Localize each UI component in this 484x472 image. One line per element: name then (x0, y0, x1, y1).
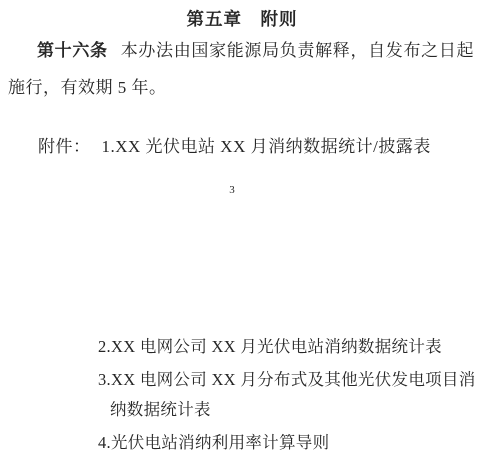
page-number: 3 (0, 183, 464, 197)
attachment-item-4: 4.光伏电站消纳利用率计算导则 (98, 428, 484, 458)
attachments-header-row: 附件：1.XX 光伏电站 XX 月消纳数据统计/披露表 (38, 135, 431, 159)
attachment-item-3: 3.XX 电网公司 XX 月分布式及其他光伏发电项目消纳数据统计表 (98, 365, 484, 425)
attachment-item-1: 1.XX 光伏电站 XX 月消纳数据统计/披露表 (102, 137, 431, 156)
article-paragraph: 第十六条本办法由国家能源局负责解释，自发布之日起施行，有效期 5 年。 (8, 32, 474, 106)
chapter-title: 第五章 附则 (0, 8, 484, 30)
attachment-item-2: 2.XX 电网公司 XX 月光伏电站消纳数据统计表 (98, 332, 484, 362)
document-page: 第五章 附则 第十六条本办法由国家能源局负责解释，自发布之日起施行，有效期 5 … (0, 0, 484, 472)
article-number-label: 第十六条 (37, 41, 108, 60)
attachment-list: 2.XX 电网公司 XX 月光伏电站消纳数据统计表 3.XX 电网公司 XX 月… (98, 332, 484, 461)
attachments-label: 附件： (38, 137, 91, 156)
